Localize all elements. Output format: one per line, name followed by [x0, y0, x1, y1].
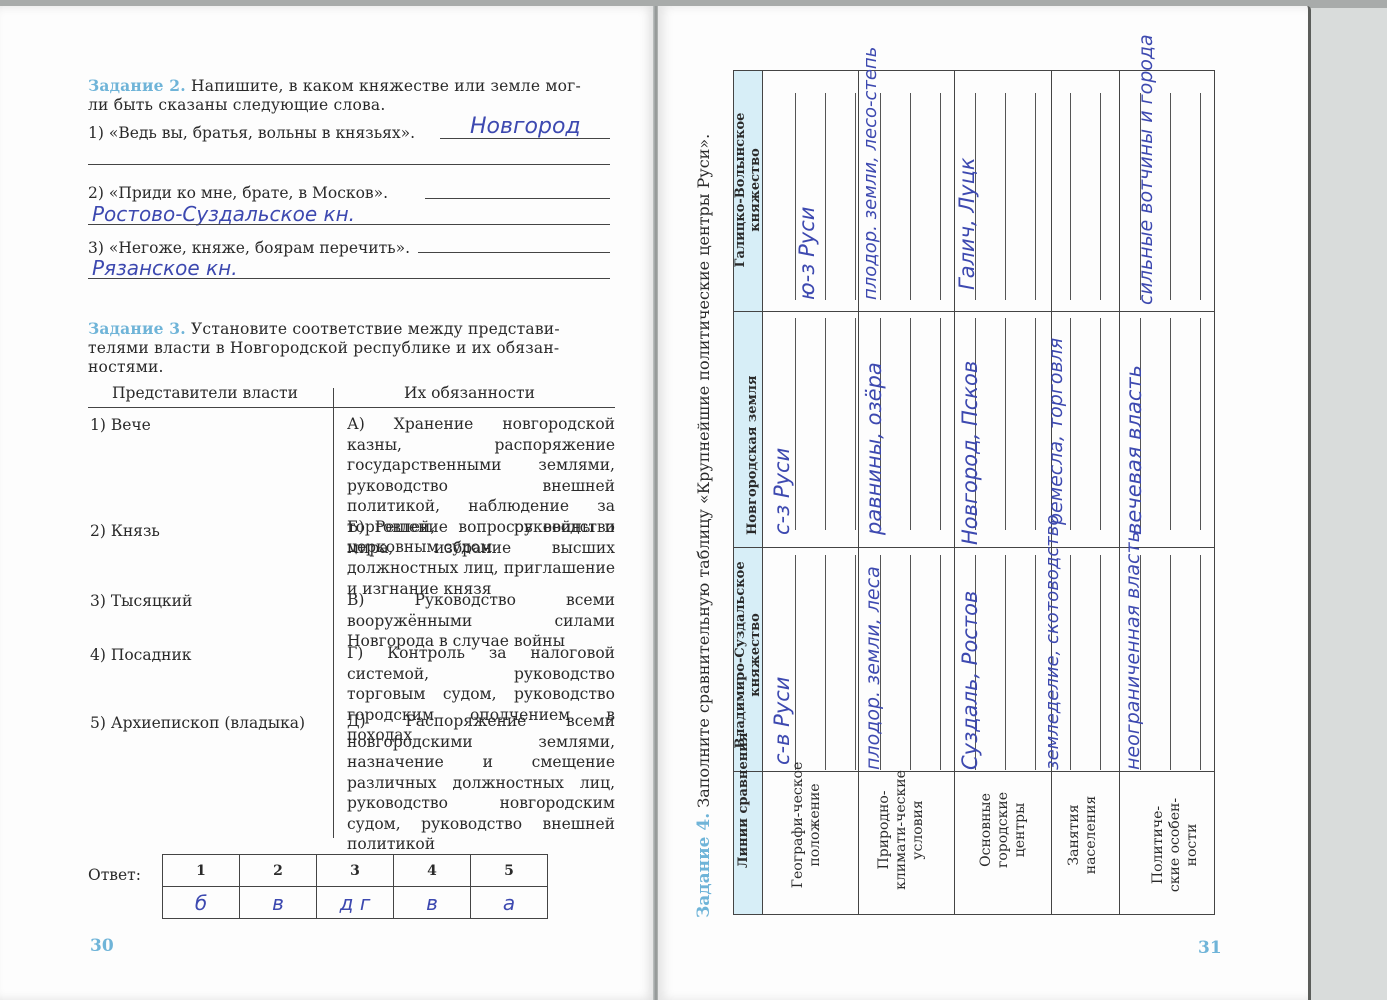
- answer-label: Ответ:: [88, 866, 141, 884]
- handwritten-answer: с-в Руси: [770, 677, 794, 765]
- duty-item: Б) Решение вопросов войны и мира, избран…: [347, 517, 615, 599]
- answer-header: 2: [240, 855, 317, 887]
- representative-item: 4) Посадник: [90, 646, 192, 664]
- task4-text: Заполните сравнительную таблицу «Крупней…: [694, 134, 713, 808]
- writing-line[interactable]: [1170, 555, 1171, 770]
- task2-quote-3: 3) «Негоже, княже, боярам перечить».: [88, 239, 410, 257]
- answer-line[interactable]: [418, 252, 610, 253]
- table-divider: [1119, 71, 1120, 914]
- column-header: Новгородская земля: [745, 375, 760, 535]
- writing-line[interactable]: [1100, 93, 1101, 300]
- handwritten-answer: Галич, Луцк: [955, 157, 979, 290]
- writing-line[interactable]: [1170, 93, 1171, 300]
- answer-cell[interactable]: в: [240, 887, 317, 919]
- task2-text-1: Напишите, в каком княжестве или земле мо…: [191, 77, 581, 95]
- page-left: Задание 2. Напишите, в каком княжестве и…: [0, 6, 655, 1000]
- answer-line[interactable]: [88, 164, 610, 165]
- task4-heading: Задание 4. Заполните сравнительную табли…: [694, 134, 714, 918]
- writing-line[interactable]: [1070, 318, 1071, 530]
- table-divider: [734, 311, 1214, 312]
- writing-line[interactable]: [1005, 555, 1006, 770]
- column-header-representatives: Представители власти: [112, 384, 298, 402]
- writing-line[interactable]: [1100, 555, 1101, 770]
- representative-item: 5) Архиепископ (владыка): [90, 714, 305, 732]
- writing-line[interactable]: [825, 555, 826, 770]
- answer-table: 1 2 3 4 5 б в д г в а: [162, 854, 548, 919]
- task3-text-2: телями власти в Новгородской республике …: [88, 339, 559, 357]
- writing-line[interactable]: [855, 93, 856, 300]
- answer-line[interactable]: [88, 224, 610, 225]
- task2-quote-2: 2) «Приди ко мне, брате, в Москов».: [88, 184, 388, 202]
- writing-line[interactable]: [1005, 93, 1006, 300]
- answer-cell[interactable]: а: [471, 887, 548, 919]
- handwritten-answer: ремесла, торговля: [1045, 338, 1067, 525]
- answer-header: 3: [317, 855, 394, 887]
- answer-cell[interactable]: д г: [317, 887, 394, 919]
- handwritten-answer: вечевая власть: [1122, 365, 1146, 535]
- writing-line[interactable]: [1200, 93, 1201, 300]
- column-header: Галицко-Волынское княжество: [733, 80, 763, 300]
- writing-line[interactable]: [1005, 318, 1006, 530]
- representative-item: 1) Вече: [90, 416, 151, 434]
- handwritten-answer-2: Ростово-Суздальское кн.: [92, 202, 355, 226]
- handwritten-answer: Суздаль, Ростов: [958, 591, 982, 770]
- task4-label: Задание 4.: [694, 813, 714, 918]
- handwritten-answer-3: Рязанское кн.: [92, 256, 238, 280]
- writing-line[interactable]: [1070, 93, 1071, 300]
- handwritten-answer: неограниченная власть: [1122, 531, 1144, 770]
- duty-item: Д) Распоряжение всеми новгородскими земл…: [347, 711, 615, 855]
- handwritten-answer: земледелие, скотоводство: [1042, 515, 1063, 770]
- writing-line[interactable]: [1070, 555, 1071, 770]
- page-number: 31: [1198, 938, 1222, 958]
- answer-line[interactable]: [88, 278, 610, 279]
- writing-line[interactable]: [1035, 93, 1036, 300]
- answer-header: 1: [163, 855, 240, 887]
- table-divider: [858, 71, 859, 914]
- task3-label: Задание 3.: [88, 319, 186, 338]
- task3-text-3: ностями.: [88, 358, 164, 376]
- writing-line[interactable]: [940, 318, 941, 530]
- task2-quote-1: 1) «Ведь вы, братья, вольны в князьях».: [88, 124, 415, 142]
- answer-header: 5: [471, 855, 548, 887]
- writing-line[interactable]: [1200, 555, 1201, 770]
- row-label: Занятия населения: [1066, 780, 1100, 890]
- handwritten-answer: плодор. земли, лесо-степь: [860, 47, 881, 300]
- table-divider: [333, 388, 334, 838]
- writing-line[interactable]: [1035, 318, 1036, 530]
- answer-cell[interactable]: б: [163, 887, 240, 919]
- handwritten-answer: с-з Руси: [770, 448, 794, 535]
- handwritten-answer: равнины, озёра: [862, 362, 886, 535]
- writing-line[interactable]: [910, 555, 911, 770]
- writing-line[interactable]: [855, 318, 856, 530]
- task2-text-2: ли быть сказаны следующие слова.: [88, 96, 385, 114]
- writing-line[interactable]: [940, 93, 941, 300]
- task3-text-1: Установите соответствие между представи-: [191, 320, 560, 338]
- representative-item: 2) Князь: [90, 522, 160, 540]
- writing-line[interactable]: [795, 318, 796, 530]
- writing-line[interactable]: [855, 555, 856, 770]
- writing-line[interactable]: [1200, 318, 1201, 530]
- task2-label: Задание 2.: [88, 76, 186, 95]
- handwritten-answer: плодор. земли, леса: [862, 566, 884, 770]
- writing-line[interactable]: [1100, 318, 1101, 530]
- column-header: Владимиро-Суздальское княжество: [733, 550, 763, 760]
- row-label: Основные городские центры: [978, 765, 1029, 895]
- column-header-duties: Их обязанности: [404, 384, 535, 402]
- handwritten-answer: Новгород, Псков: [958, 361, 982, 545]
- handwritten-answer: сильные вотчины и города: [1135, 34, 1157, 305]
- writing-line[interactable]: [795, 555, 796, 770]
- answer-header: 4: [394, 855, 471, 887]
- writing-line[interactable]: [940, 555, 941, 770]
- representative-item: 3) Тысяцкий: [90, 592, 192, 610]
- answer-cell[interactable]: в: [394, 887, 471, 919]
- page-number: 30: [90, 936, 114, 956]
- row-label: Политиче-ские особен-ности: [1150, 790, 1201, 900]
- handwritten-answer-1: Новгород: [470, 114, 581, 139]
- writing-line[interactable]: [825, 318, 826, 530]
- answer-line[interactable]: [425, 198, 610, 199]
- writing-line[interactable]: [825, 93, 826, 300]
- task3-heading: Задание 3. Установите соответствие между…: [88, 319, 618, 377]
- row-label: Географи-ческое положение: [790, 755, 824, 895]
- writing-line[interactable]: [910, 93, 911, 300]
- task2-heading: Задание 2. Напишите, в каком княжестве и…: [88, 76, 618, 115]
- row-label: Природно-климати-ческие условия: [876, 760, 927, 900]
- writing-line[interactable]: [910, 318, 911, 530]
- writing-line[interactable]: [1170, 318, 1171, 530]
- handwritten-answer: ю-з Руси: [795, 207, 819, 300]
- writing-line[interactable]: [1035, 555, 1036, 770]
- table-divider: [88, 407, 615, 408]
